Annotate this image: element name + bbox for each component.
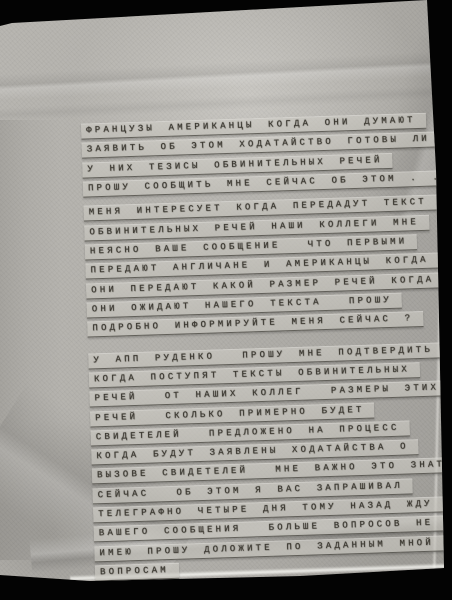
paragraph: ФРАНЦУЗЫ АМЕРИКАНЦЫ КОГДА ОНИ ДУМАЮТЗАЯВ… <box>81 108 452 194</box>
paper-sheet: ФРАНЦУЗЫ АМЕРИКАНЦЫ КОГДА ОНИ ДУМАЮТЗАЯВ… <box>0 0 452 600</box>
paragraph: У АПП РУДЕНКО ПРОШУ МНЕ ПОДТВЕРДИТЬКОГДА… <box>88 337 452 577</box>
telegraph-strip-line: ПОДРОБНО ИНФОРМИРУЙТЕ МЕНЯ СЕЙЧАС ? <box>87 311 423 338</box>
photo-frame: ФРАНЦУЗЫ АМЕРИКАНЦЫ КОГДА ОНИ ДУМАЮТЗАЯВ… <box>0 0 452 600</box>
paragraph: МЕНЯ ИНТЕРЕСУЕТ КОГДА ПЕРЕДАДУТ ТЕКСТОБВ… <box>83 190 452 334</box>
text-block: ФРАНЦУЗЫ АМЕРИКАНЦЫ КОГДА ОНИ ДУМАЮТЗАЯВ… <box>59 108 452 581</box>
telegraph-strip-line: ВОПРОСАМ <box>95 563 179 582</box>
